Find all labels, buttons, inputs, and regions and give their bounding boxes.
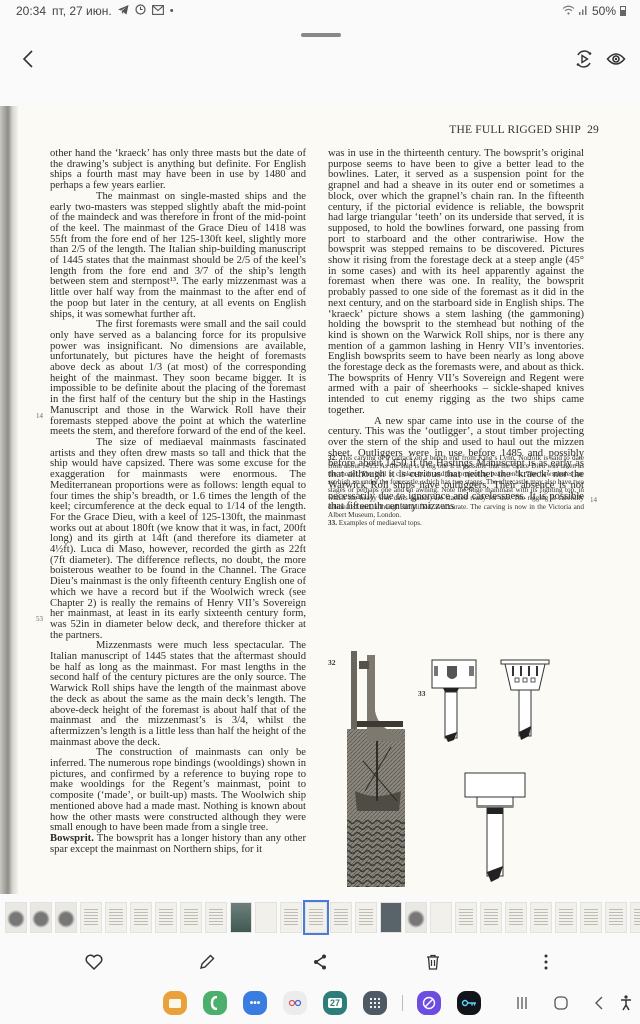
status-date: пт, 27 июн. (52, 4, 112, 18)
key-icon (461, 999, 477, 1007)
margin-note: 53 (36, 615, 43, 623)
paragraph: The size of mediaeval mainmasts fascinat… (50, 438, 306, 641)
accessibility-button[interactable] (614, 991, 638, 1015)
bottom-action-bar (0, 948, 640, 976)
dot-icon: • (170, 5, 174, 17)
more-vertical-icon (544, 954, 548, 970)
thumbnail[interactable] (605, 902, 627, 933)
thumbnail[interactable] (555, 902, 577, 933)
recents-button[interactable] (510, 991, 534, 1015)
document-page-image[interactable]: THE FULL RIGGED SHIP 29 other hand the ‘… (0, 106, 640, 894)
paragraph: The mainmast on single-masted ships and … (50, 192, 306, 320)
calendar-icon: 27 (328, 998, 342, 1008)
share-icon (313, 954, 327, 970)
carrack-carving-illustration (345, 651, 407, 889)
battery-icon (620, 6, 626, 16)
thumbnail[interactable] (255, 902, 277, 933)
internet-app[interactable] (417, 991, 441, 1015)
thumbnail[interactable] (530, 902, 552, 933)
pencil-icon (199, 954, 215, 970)
taskbar: ••• 27 (0, 988, 640, 1022)
thumbnail[interactable] (355, 902, 377, 933)
running-head-title: THE FULL RIGGED SHIP (449, 124, 581, 136)
figure-captions: 32. This carving of a carrack on a bench… (328, 454, 584, 527)
margin-note: 14 (36, 412, 43, 420)
figure-label-32: 32 (328, 658, 336, 667)
thumbnail-filmstrip[interactable] (0, 897, 640, 937)
status-time: 20:34 (16, 4, 46, 18)
dock-separator (402, 995, 403, 1011)
battery-percent: 50% (592, 4, 616, 18)
view-button[interactable] (604, 47, 628, 71)
chevron-left-icon (22, 49, 34, 69)
thumbnail[interactable] (330, 902, 352, 933)
book-spine-shadow (0, 106, 18, 894)
remaster-play-icon (574, 49, 594, 69)
thumbnail[interactable] (5, 902, 27, 933)
phone-icon (210, 996, 220, 1010)
paragraph: other hand the ‘kraeck’ has only three m… (50, 149, 306, 192)
thumbnail[interactable] (205, 902, 227, 933)
home-icon (554, 996, 568, 1010)
caption-text: Examples of mediaeval tops. (337, 519, 422, 527)
paragraph: The construction of mainmasts can only b… (50, 748, 306, 834)
thumbnail[interactable] (455, 902, 477, 933)
grid-icon (369, 997, 381, 1009)
accessibility-icon (620, 995, 632, 1011)
running-head: THE FULL RIGGED SHIP 29 (449, 124, 599, 136)
delete-button[interactable] (421, 950, 445, 974)
thumbnail[interactable] (580, 902, 602, 933)
thumbnail[interactable] (505, 902, 527, 933)
back-button[interactable] (16, 47, 40, 71)
my-files-app[interactable] (163, 991, 187, 1015)
thumbnail[interactable] (30, 902, 52, 933)
thumbnail[interactable] (380, 902, 402, 933)
thumbnail[interactable] (105, 902, 127, 933)
signal-icon (579, 5, 588, 18)
eye-icon (606, 51, 626, 67)
browser-icon (422, 996, 436, 1010)
share-button[interactable] (308, 950, 332, 974)
heart-icon (85, 954, 103, 970)
section-heading: Bowsprit. (50, 833, 94, 844)
folder-icon (168, 997, 182, 1009)
caption-text: This carving of a carrack on a bench end… (328, 454, 584, 519)
thumbnail[interactable] (405, 902, 427, 933)
recents-icon (516, 996, 528, 1010)
remaster-button[interactable] (572, 47, 596, 71)
thumbnail[interactable] (80, 902, 102, 933)
thumbnail-selected[interactable] (305, 902, 327, 933)
paragraph: Mizzenmasts were much less spectacular. … (50, 641, 306, 748)
trash-icon (426, 954, 440, 970)
paragraph: was in use in the thirteenth century. Th… (328, 149, 584, 417)
thumbnail[interactable] (180, 902, 202, 933)
app-bar (0, 44, 640, 74)
thumbnail[interactable] (430, 902, 452, 933)
thumbnail[interactable] (55, 902, 77, 933)
page-number: 29 (587, 124, 599, 136)
wifi-icon (562, 5, 575, 18)
favorite-button[interactable] (82, 950, 106, 974)
folder-app[interactable] (283, 991, 307, 1015)
thumbnail[interactable] (630, 902, 640, 933)
messages-app[interactable]: ••• (243, 991, 267, 1015)
status-bar: 20:34 пт, 27 июн. • 50% (0, 0, 640, 22)
key-app[interactable] (457, 991, 481, 1015)
thumbnail[interactable] (480, 902, 502, 933)
app-folder-icon (288, 999, 302, 1007)
paragraph: Bowsprit. The bowsprit has a longer hist… (50, 834, 306, 855)
paragraph: The first foremasts were small and the s… (50, 320, 306, 438)
apps-grid-app[interactable] (363, 991, 387, 1015)
caption-32: 32. This carving of a carrack on a bench… (328, 454, 584, 519)
phone-app[interactable] (203, 991, 227, 1015)
caption-number: 33. (328, 519, 337, 527)
nav-back-button[interactable] (587, 991, 611, 1015)
caption-33: 33. Examples of mediaeval tops. (328, 519, 584, 527)
mediaeval-tops-illustration (425, 658, 585, 888)
gmail-icon (152, 5, 164, 18)
caption-number: 32. (328, 454, 337, 462)
clock-icon (135, 4, 146, 18)
thumbnail[interactable] (130, 902, 152, 933)
calendar-app[interactable]: 27 (323, 991, 347, 1015)
left-text-column: other hand the ‘kraeck’ has only three m… (50, 149, 306, 855)
back-icon (595, 996, 603, 1010)
thumbnail[interactable] (230, 902, 252, 933)
edit-button[interactable] (195, 950, 219, 974)
messages-icon: ••• (250, 998, 261, 1009)
margin-note: 14 (590, 496, 597, 504)
thumbnail[interactable] (280, 902, 302, 933)
drag-handle[interactable] (301, 33, 341, 37)
thumbnail[interactable] (155, 902, 177, 933)
home-button[interactable] (549, 991, 573, 1015)
telegram-icon (118, 5, 129, 18)
more-options-button[interactable] (534, 950, 558, 974)
